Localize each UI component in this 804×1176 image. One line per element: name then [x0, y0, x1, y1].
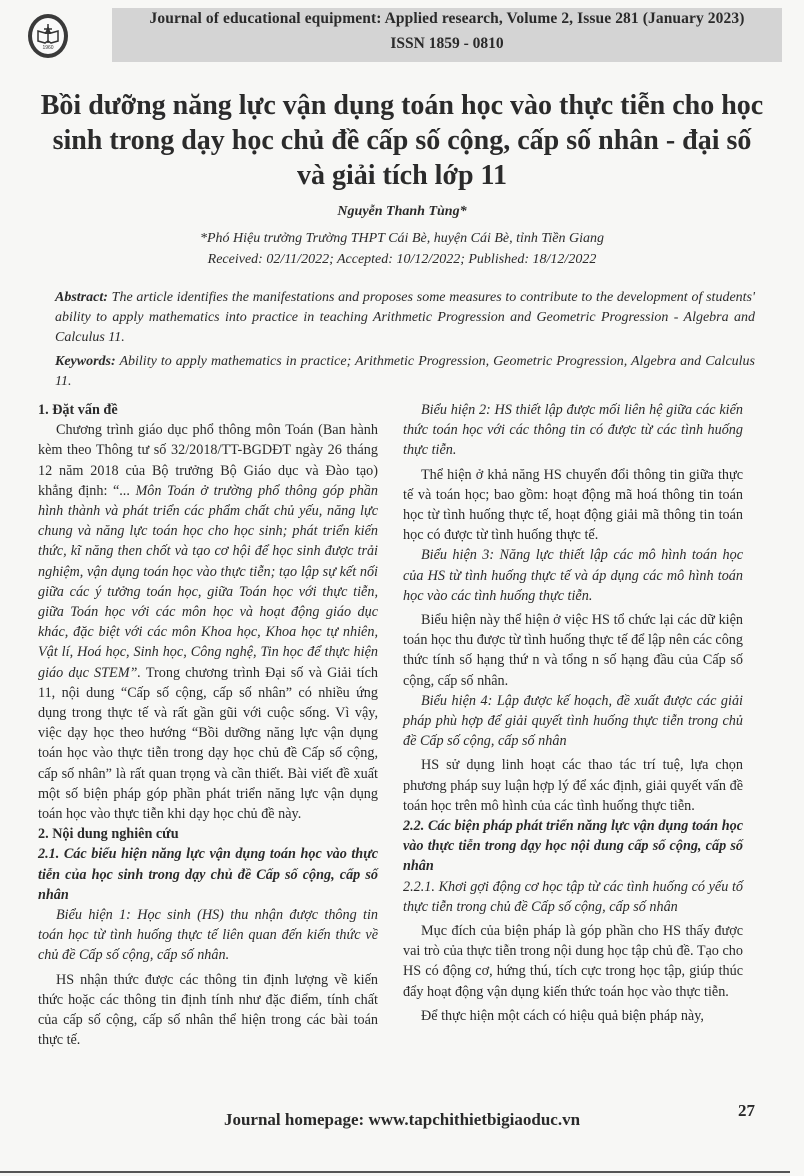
right-column: Biểu hiện 2: HS thiết lập được mối liên …: [403, 400, 743, 1026]
journal-header: 1960 Journal of educational equipment: A…: [20, 8, 782, 64]
paragraph: Biểu hiện này thể hiện ở việc HS tổ chức…: [403, 610, 743, 691]
section-heading-2: 2. Nội dung nghiên cứu: [38, 824, 378, 844]
subsection-heading-2-2: 2.2. Các biện pháp phát triển năng lực v…: [403, 816, 743, 877]
manifestation-1: Biểu hiện 1: Học sinh (HS) thu nhận được…: [38, 905, 378, 966]
manifestation-2: Biểu hiện 2: HS thiết lập được mối liên …: [403, 400, 743, 461]
journal-citation: Journal of educational equipment: Applie…: [112, 10, 782, 28]
subsection-heading-2-1: 2.1. Các biểu hiện năng lực vận dụng toá…: [38, 844, 378, 905]
author-affiliation: *Phó Hiệu trưởng Trường THPT Cái Bè, huy…: [0, 231, 804, 247]
author-name: Nguyễn Thanh Tùng*: [0, 204, 804, 220]
quote-text: Môn Toán ở trường phổ thông góp phần hìn…: [38, 483, 378, 681]
publication-dates: Received: 02/11/2022; Accepted: 10/12/20…: [0, 252, 804, 268]
abstract: Abstract: The article identifies the man…: [55, 288, 755, 348]
issn: ISSN 1859 - 0810: [112, 35, 782, 53]
article-title: Bồi dưỡng năng lực vận dụng toán học vào…: [40, 88, 764, 193]
manifestation-4: Biểu hiện 4: Lập được kế hoạch, đề xuất …: [403, 691, 743, 752]
page-number: 27: [738, 1101, 755, 1121]
keywords-label: Keywords:: [55, 354, 116, 369]
abstract-label: Abstract:: [55, 290, 108, 305]
journal-homepage-link[interactable]: Journal homepage: www.tapchithietbigiaod…: [0, 1110, 804, 1130]
paragraph: HS nhận thức được các thông tin định lượ…: [38, 970, 378, 1051]
paragraph: Mục đích của biện pháp là góp phần cho H…: [403, 921, 743, 1002]
svg-text:1960: 1960: [42, 45, 53, 51]
left-column: 1. Đặt vấn đề Chương trình giáo dục phổ …: [38, 400, 378, 1051]
paragraph: Thể hiện ở khả năng HS chuyển đổi thông …: [403, 465, 743, 546]
keywords: Keywords: Ability to apply mathematics i…: [55, 352, 755, 392]
paragraph: HS sử dụng linh hoạt các thao tác trí tu…: [403, 755, 743, 816]
paragraph: Để thực hiện một cách có hiệu quả biện p…: [403, 1006, 743, 1026]
keywords-text: Ability to apply mathematics in practice…: [55, 354, 755, 389]
manifestation-3: Biểu hiện 3: Năng lực thiết lập các mô h…: [403, 545, 743, 606]
journal-banner: Journal of educational equipment: Applie…: [112, 8, 782, 62]
paragraph-intro: Chương trình giáo dục phổ thông môn Toán…: [38, 420, 378, 824]
section-heading-1: 1. Đặt vấn đề: [38, 400, 378, 420]
subsection-heading-2-2-1: 2.2.1. Khơi gợi động cơ học tập từ các t…: [403, 877, 743, 917]
journal-logo-icon: 1960: [28, 14, 68, 58]
bottom-divider: [0, 1171, 790, 1173]
abstract-text: The article identifies the manifestation…: [55, 290, 755, 345]
